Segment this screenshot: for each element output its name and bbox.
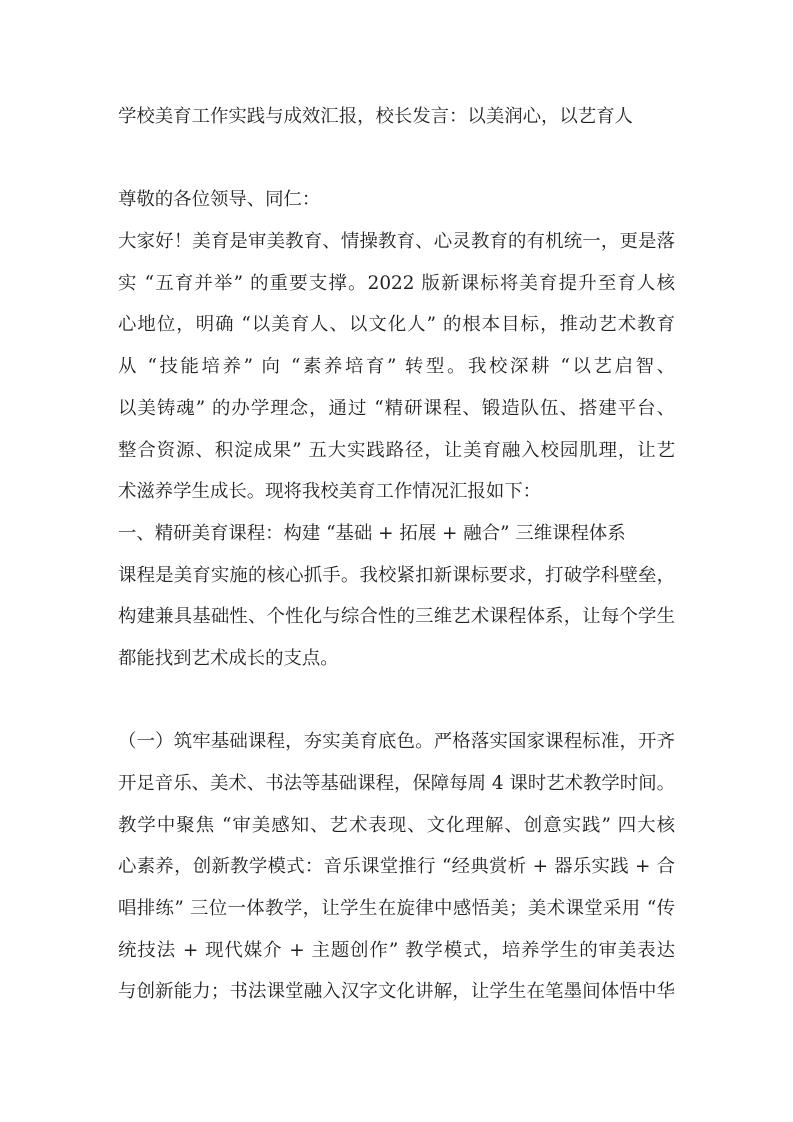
body-paragraph-line: 从 “技能培养” 向 “素养培育” 转型。我校深耕 “以艺启智、 xyxy=(118,346,675,388)
body-paragraph-line: 开足音乐、美术、书法等基础课程，保障每周 4 课时艺术教学时间。 xyxy=(118,763,675,805)
body-paragraph-line: 唱排练” 三位一体教学，让学生在旋律中感悟美；美术课堂采用 “传 xyxy=(118,888,675,930)
body-paragraph-line: 术滋养学生成长。现将我校美育工作情况汇报如下： xyxy=(118,471,675,513)
blank-line xyxy=(118,680,675,722)
section-heading-line: 一、精研美育课程：构建 “基础 + 拓展 + 融合” 三维课程体系 xyxy=(118,513,675,555)
document-page: 学校美育工作实践与成效汇报，校长发言：以美润心，以艺育人 尊敬的各位领导、同仁：… xyxy=(0,0,793,1122)
salutation-line: 尊敬的各位领导、同仁： xyxy=(118,179,675,221)
document-title: 学校美育工作实践与成效汇报，校长发言：以美润心，以艺育人 xyxy=(118,96,675,138)
body-paragraph-line: 构建兼具基础性、个性化与综合性的三维艺术课程体系，让每个学生 xyxy=(118,596,675,638)
body-paragraph-line: 都能找到艺术成长的支点。 xyxy=(118,638,675,680)
body-paragraph-line: （一）筑牢基础课程，夯实美育底色。严格落实国家课程标准，开齐 xyxy=(118,721,675,763)
body-paragraph-line: 课程是美育实施的核心抓手。我校紧扣新课标要求，打破学科壁垒， xyxy=(118,555,675,597)
body-paragraph-line: 整合资源、积淀成果” 五大实践路径，让美育融入校园肌理，让艺 xyxy=(118,430,675,472)
body-paragraph-line: 与创新能力；书法课堂融入汉字文化讲解，让学生在笔墨间体悟中华 xyxy=(118,971,675,1013)
body-paragraph-line: 以美铸魂” 的办学理念，通过 “精研课程、锻造队伍、搭建平台、 xyxy=(118,388,675,430)
body-paragraph-line: 心素养，创新教学模式：音乐课堂推行 “经典赏析 + 器乐实践 + 合 xyxy=(118,846,675,888)
blank-line xyxy=(118,138,675,180)
body-paragraph-line: 教学中聚焦 “审美感知、艺术表现、文化理解、创意实践” 四大核 xyxy=(118,805,675,847)
body-paragraph-line: 统技法 + 现代媒介 + 主题创作” 教学模式，培养学生的审美表达 xyxy=(118,930,675,972)
body-paragraph-line: 大家好！美育是审美教育、情操教育、心灵教育的有机统一，更是落 xyxy=(118,221,675,263)
body-paragraph-line: 心地位，明确 “以美育人、以文化人” 的根本目标，推动艺术教育 xyxy=(118,304,675,346)
body-paragraph-line: 实 “五育并举” 的重要支撑。2022 版新课标将美育提升至育人核 xyxy=(118,263,675,305)
